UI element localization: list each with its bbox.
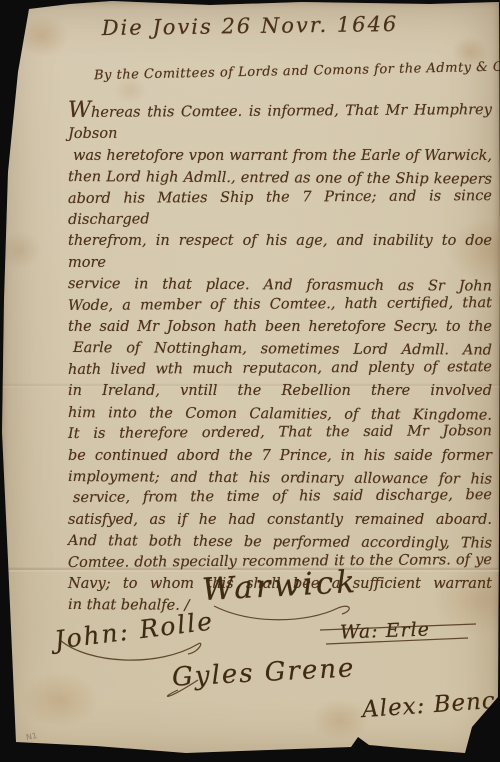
body-line: satisfyed, as if he had constantly remai…	[68, 510, 492, 531]
body-line: Whereas this Comtee. is informed, That M…	[68, 100, 492, 146]
committee-heading: By the Comittees of Lords and Comons for…	[94, 60, 494, 83]
body-line: It is therefore ordered, That the said M…	[68, 421, 492, 445]
heading-date: Die Jovis 26 Novr. 1646	[0, 11, 500, 42]
body-line: hath lived wth much reputacon, and plent…	[68, 357, 492, 381]
signature-grene: Gyles Grene	[171, 653, 356, 693]
manuscript-photo: Die Jovis 26 Novr. 1646 By the Comittees…	[0, 0, 500, 762]
body-line: was heretofore vpon warrant from the Ear…	[73, 146, 492, 167]
body-line: the said Mr Jobson hath been heretofore …	[68, 317, 492, 338]
body-text: Whereas this Comtee. is informed, That M…	[68, 103, 492, 617]
body-line: abord his Maties Ship the 7 Prince; and …	[68, 186, 492, 232]
body-line: be continued abord the 7 Prince, in his …	[68, 446, 492, 467]
signature-bence: Alex: Bence	[361, 687, 500, 723]
body-line: Wode, a member of this Comtee., hath cer…	[68, 293, 492, 317]
paper-sheet: Die Jovis 26 Novr. 1646 By the Comittees…	[0, 0, 500, 762]
body-line: therefrom, in respect of his age, and in…	[68, 231, 492, 274]
pencil-mark: N1	[25, 731, 38, 742]
body-line: service, from the time of his said disch…	[73, 485, 492, 509]
body-line: in Ireland, vntill the Rebellion there i…	[68, 381, 492, 402]
signature-erle: Wa: Erle	[340, 618, 431, 643]
